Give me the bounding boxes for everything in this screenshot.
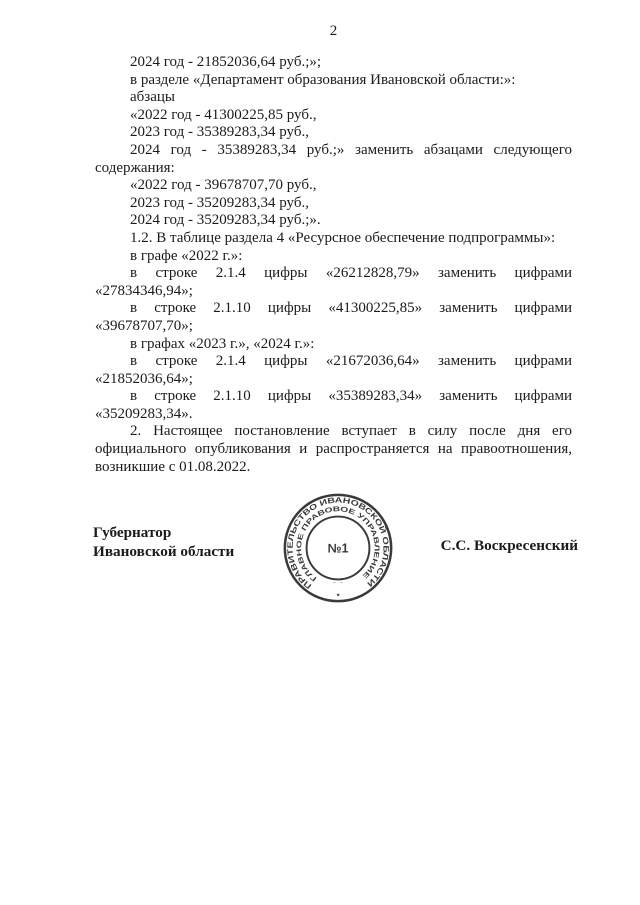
signature-title-line2: Ивановской области bbox=[93, 543, 234, 562]
stamp-bottom-dash: – · – bbox=[333, 580, 343, 585]
page-number: 2 bbox=[95, 23, 572, 40]
document-text: 2024 год - 21852036,64 руб.;»; в разделе… bbox=[95, 54, 572, 476]
stamp-bottom-star: ★ bbox=[336, 592, 341, 598]
doc-line: 2023 год - 35209283,34 руб., bbox=[95, 195, 572, 213]
doc-line: в графах «2023 г.», «2024 г.»: bbox=[95, 336, 572, 354]
doc-line: в строке 2.1.4 цифры «21672036,64» замен… bbox=[95, 353, 572, 371]
signature-title-line1: Губернатор bbox=[93, 524, 234, 543]
doc-line: «39678707,70»; bbox=[95, 318, 572, 336]
doc-line: «21852036,64»; bbox=[95, 371, 572, 389]
doc-line: в разделе «Департамент образования Ивано… bbox=[95, 72, 572, 90]
doc-line: в строке 2.1.4 цифры «26212828,79» замен… bbox=[95, 265, 572, 283]
doc-line: абзацы bbox=[95, 89, 572, 107]
doc-line: 2023 год - 35389283,34 руб., bbox=[95, 124, 572, 142]
doc-line: 2024 год - 35209283,34 руб.;». bbox=[95, 212, 572, 230]
stamp-number: №1 bbox=[328, 541, 349, 555]
doc-line: возникшие с 01.08.2022. bbox=[95, 459, 572, 477]
official-stamp: ПРАВИТЕЛЬСТВО ИВАНОВСКОЙ ОБЛАСТИ ГЛАВНОЕ… bbox=[280, 489, 396, 607]
doc-line: «2022 год - 39678707,70 руб., bbox=[95, 177, 572, 195]
doc-line: содержания: bbox=[95, 160, 572, 178]
doc-line: 2024 год - 21852036,64 руб.;»; bbox=[95, 54, 572, 72]
doc-line: «35209283,34». bbox=[95, 406, 572, 424]
doc-line: 1.2. В таблице раздела 4 «Ресурсное обес… bbox=[95, 230, 572, 248]
doc-line: «2022 год - 41300225,85 руб., bbox=[95, 107, 572, 125]
doc-line: 2. Настоящее постановление вступает в си… bbox=[95, 423, 572, 441]
doc-line: в графе «2022 г.»: bbox=[95, 248, 572, 266]
doc-line: 2024 год - 35389283,34 руб.;» заменить а… bbox=[95, 142, 572, 160]
signature-name: С.С. Воскресенский bbox=[441, 537, 578, 555]
doc-line: в строке 2.1.10 цифры «35389283,34» заме… bbox=[95, 388, 572, 406]
doc-line: официального опубликования и распростран… bbox=[95, 441, 572, 459]
signature-title: Губернатор Ивановской области bbox=[93, 524, 234, 561]
doc-line: в строке 2.1.10 цифры «41300225,85» заме… bbox=[95, 300, 572, 318]
doc-line: «27834346,94»; bbox=[95, 283, 572, 301]
document-page: { "page": { "number": "2" }, "document":… bbox=[0, 0, 640, 905]
